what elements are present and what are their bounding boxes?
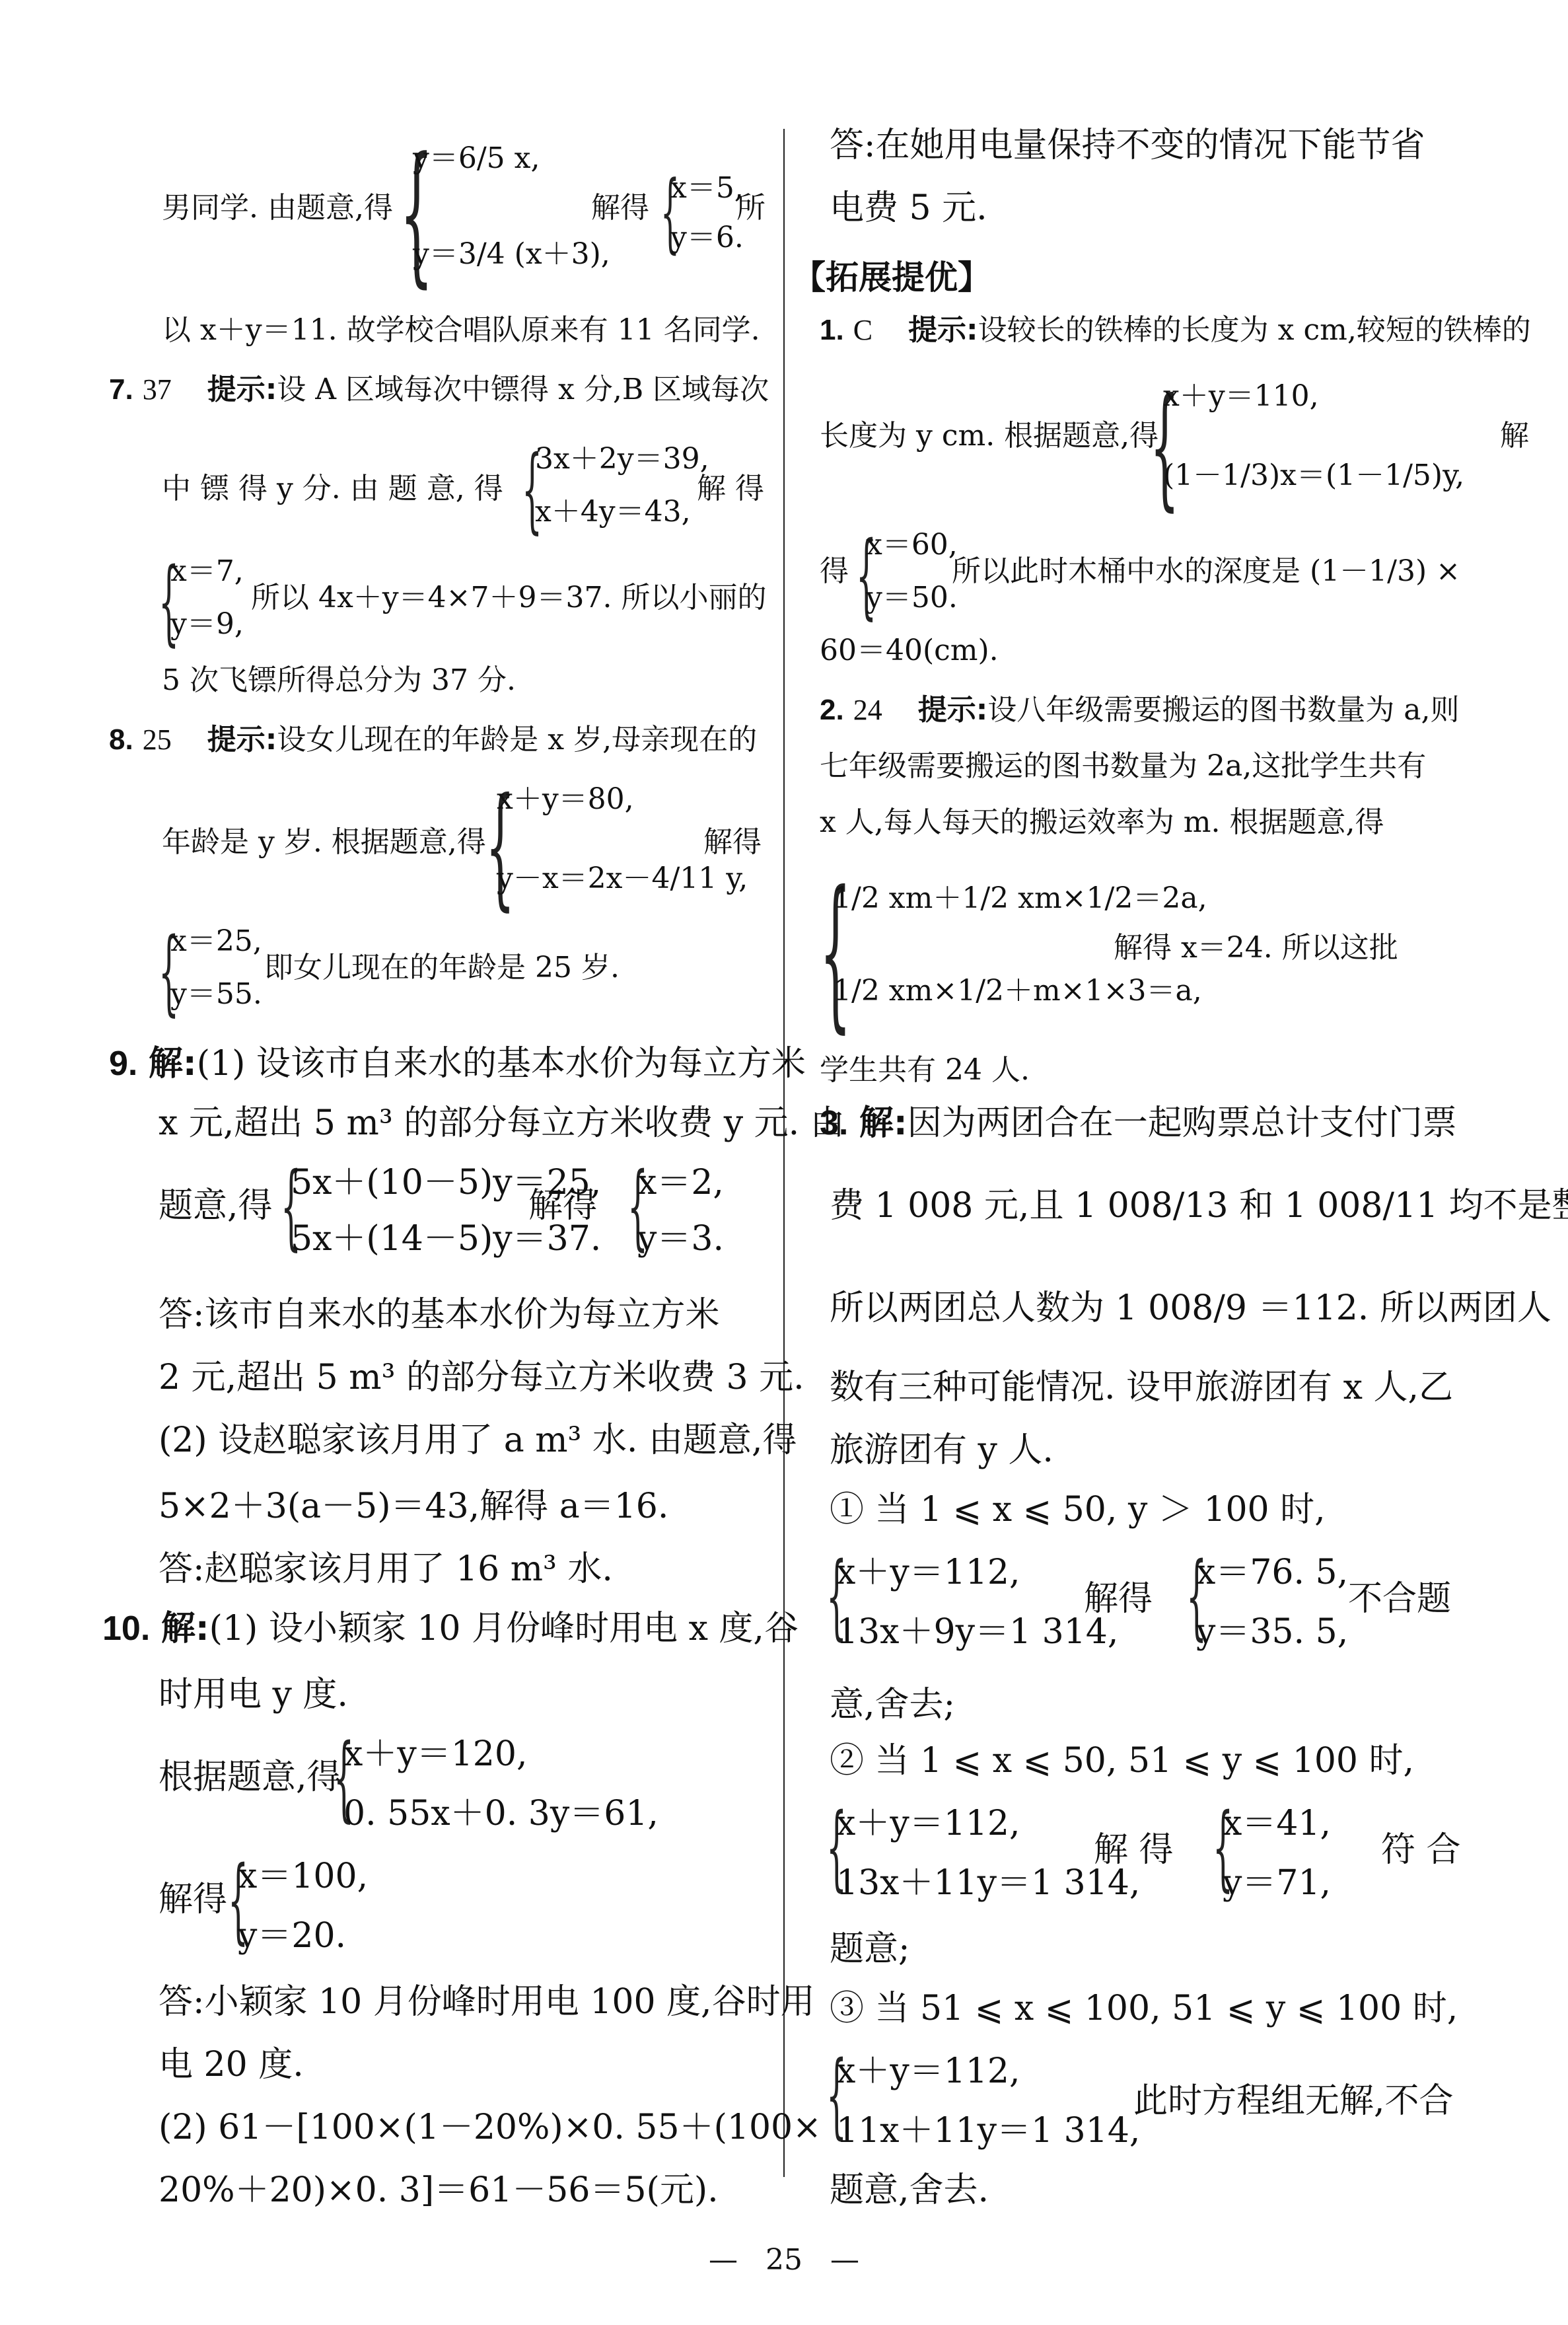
hint-text: 设八年级需要搬运的图书数量为 a,则 [987, 693, 1459, 727]
equation: x＋y＝112, [836, 1549, 1020, 1596]
e1-line3-pre: 得 [820, 552, 849, 591]
question-10: 10. 解:(1) 设小颖家 10 月份峰时用电 x 度,谷 [102, 1605, 799, 1652]
q10-answer2: 电 20 度. [159, 2042, 304, 2088]
q10-line2: 时用电 y 度. [159, 1672, 348, 1718]
e2-line3: x 人,每人每天的搬运效率为 m. 根据题意,得 [820, 803, 1384, 842]
q10-line1: (1) 设小颖家 10 月份峰时用电 x 度,谷 [209, 1609, 799, 1648]
page-number: 25 [766, 2243, 802, 2277]
q9-line3: 题意,得 [159, 1183, 273, 1229]
solution: y＝55. [170, 975, 262, 1014]
solution: x＝41, [1223, 1800, 1331, 1847]
question-8: 8. 25 提示:设女儿现在的年龄是 x 岁,母亲现在的 [109, 720, 757, 760]
q10-answer-cont2: 电费 5 元. [830, 185, 987, 231]
q10-part2-line1: (2) 61－[100×(1－20%)×0. 55＋(100× [159, 2104, 822, 2151]
q7-line4: 5 次飞镖所得总分为 37 分. [162, 661, 516, 700]
hint-label: 提示: [908, 313, 978, 347]
solve-label: 解得 [528, 1183, 597, 1229]
hint-label: 提示: [918, 693, 988, 727]
equation: 11x＋11y＝1 314, [836, 2108, 1140, 2154]
e3-line1: 因为两团合在一起购票总计支付门票 [908, 1103, 1457, 1143]
equation: 0. 55x＋0. 3y＝61, [343, 1790, 659, 1837]
q9-part2-answer: 答:赵聪家该月用了 16 m³ 水. [159, 1546, 613, 1592]
equation: 1/2 xm＋1/2 xm×1/2＝2a, [833, 879, 1207, 918]
solution-label: 解: [859, 1103, 908, 1143]
exercise-1: 1. C 提示:设较长的铁棒的长度为 x cm,较短的铁棒的 [820, 311, 1531, 350]
solution: x＝25, [170, 922, 262, 961]
answer: 24 [853, 694, 882, 726]
dash-right: — [830, 2243, 859, 2277]
solution: y＝3. [637, 1216, 724, 1262]
hint-text: 设较长的铁棒的长度为 x cm,较短的铁棒的 [978, 313, 1531, 347]
solve-label: 解得 [1084, 1576, 1153, 1622]
equation: 3x＋2y＝39, [535, 439, 709, 479]
case2-end: 题意; [830, 1926, 910, 1972]
hint-text: 设 A 区域每次中镖得 x 分,B 区域每次 [277, 373, 769, 406]
e2-line2: 七年级需要搬运的图书数量为 2a,这批学生共有 [820, 747, 1426, 786]
question-number: 8. [109, 723, 133, 756]
solution: x＝5, [670, 168, 744, 208]
question-number: 7. [109, 373, 133, 406]
equation: x＋y＝112, [836, 1800, 1020, 1847]
q9-line2: x 元,超出 5 m³ 的部分每立方米收费 y 元. 由 [159, 1100, 845, 1146]
equation: 13x＋9y＝1 314, [836, 1609, 1118, 1655]
solution: x＝7, [170, 552, 244, 591]
q8-line3: 即女儿现在的年龄是 25 岁. [264, 948, 620, 988]
solution: x＝60, [866, 525, 958, 565]
equation: y－x＝2x－4/11 y, [497, 859, 748, 899]
case2-condition: ② 当 1 ⩽ x ⩽ 50, 51 ⩽ y ⩽ 100 时, [830, 1738, 1414, 1784]
dash-left: — [709, 2243, 738, 2277]
case1-condition: ① 当 1 ⩽ x ⩽ 50, y ＞ 100 时, [830, 1487, 1326, 1533]
solution: y＝6. [670, 218, 744, 258]
hint-label: 提示: [207, 373, 277, 406]
question-7: 7. 37 提示:设 A 区域每次中镖得 x 分,B 区域每次 [109, 370, 769, 410]
solution: x＝100, [238, 1853, 368, 1900]
equation: x＋y＝110, [1163, 377, 1319, 416]
question-number: 1. [820, 314, 844, 346]
q6-line2: 以 x＋y＝11. 故学校合唱队原来有 11 名同学. [162, 311, 760, 350]
e3-line3: 所以两团总人数为 1 008/9 ＝112. 所以两团人 [830, 1285, 1551, 1331]
e2-line4: 学生共有 24 人. [820, 1051, 1030, 1090]
equation: y＝6/5 x, [413, 139, 540, 178]
solution-label: 解: [161, 1609, 209, 1648]
e1-line4: 60＝40(cm). [820, 631, 999, 671]
q10-answer-cont1: 答:在她用电量保持不变的情况下能节省 [830, 122, 1425, 168]
e2-solution: 解得 x＝24. 所以这批 [1114, 928, 1398, 968]
hint-label: 提示: [207, 723, 277, 757]
q9-part2-line2: 5×2＋3(a－5)＝43,解得 a＝16. [159, 1483, 668, 1530]
solution: x＝2, [637, 1160, 724, 1206]
exercise-3: 3. 解:因为两团合在一起购票总计支付门票 [820, 1100, 1457, 1146]
answer: 25 [143, 723, 172, 756]
q10-answer1: 答:小颖家 10 月份峰时用电 100 度,谷时用 [159, 1979, 815, 2025]
e1-line3: 所以此时木桶中水的深度是 (1－1/3) × [952, 552, 1460, 591]
e1-tail: 解 [1500, 416, 1529, 456]
question-number: 9. [109, 1045, 137, 1083]
solution: y＝50. [866, 578, 958, 618]
q7-line2: 中 镖 得 y 分. 由 题 意, 得 [162, 469, 503, 509]
case1-tail: 不合题 [1348, 1576, 1451, 1622]
e3-line4: 数有三种可能情况. 设甲旅游团有 x 人,乙 [830, 1364, 1453, 1411]
case2-tail: 符 合 [1381, 1827, 1461, 1873]
solution: y＝35. 5, [1196, 1609, 1348, 1655]
exercise-2: 2. 24 提示:设八年级需要搬运的图书数量为 a,则 [820, 690, 1460, 730]
e1-line2: 长度为 y cm. 根据题意,得 [820, 416, 1158, 456]
question-number: 10. [102, 1609, 150, 1648]
solution: x＝76. 5, [1196, 1549, 1348, 1596]
q9-part2-line1: (2) 设赵聪家该月用了 a m³ 水. 由题意,得 [159, 1417, 797, 1463]
page-footer: — 25 — [0, 2243, 1568, 2277]
hint-text: 设女儿现在的年龄是 x 岁,母亲现在的 [277, 723, 757, 757]
question-number: 3. [820, 1104, 848, 1142]
q9-answer2: 2 元,超出 5 m³ 的部分每立方米收费 3 元. [159, 1354, 804, 1401]
equation: x＋y＝80, [497, 780, 634, 819]
solution: y＝9, [170, 605, 244, 644]
equation: (1－1/3)x＝(1－1/5)y, [1163, 456, 1464, 496]
q6-text-before: 男同学. 由题意,得 [162, 188, 393, 228]
equation: 1/2 xm×1/2＋m×1×3＝a, [833, 971, 1202, 1011]
question-number: 2. [820, 694, 844, 726]
answer: 37 [143, 373, 172, 406]
solve-label: 解得 [159, 1876, 227, 1923]
e3-line2: 费 1 008 元,且 1 008/13 和 1 008/11 均不是整数, [830, 1183, 1568, 1229]
solution: y＝20. [238, 1913, 346, 1959]
equation: y＝3/4 (x＋3), [413, 235, 610, 274]
equation: x＋y＝120, [343, 1731, 528, 1777]
q10-line3: 根据题意,得 [159, 1754, 341, 1800]
solution: y＝71, [1223, 1860, 1331, 1906]
case3-end: 题意,舍去. [830, 2167, 989, 2213]
case3-tail: 此时方程组无解,不合 [1133, 2078, 1454, 2124]
equation: x＋4y＝43, [535, 492, 691, 532]
question-9: 9. 解:(1) 设该市自来水的基本水价为每立方米 [109, 1041, 806, 1087]
q9-answer1: 答:该市自来水的基本水价为每立方米 [159, 1292, 720, 1338]
q6-tail: 所 [736, 188, 766, 228]
solution-label: 解: [149, 1044, 197, 1084]
q10-part2-line2: 20%＋20)×0. 3]＝61－56＝5(元). [159, 2167, 719, 2213]
q8-line2: 年龄是 y 岁. 根据题意,得 [162, 823, 486, 862]
equation: x＋y＝112, [836, 2048, 1020, 2094]
column-divider [783, 129, 785, 2177]
e3-line5: 旅游团有 y 人. [830, 1427, 1053, 1473]
answer: C [853, 314, 873, 346]
q7-line3: 所以 4x＋y＝4×7＋9＝37. 所以小丽的 [251, 578, 766, 618]
q9-line1: (1) 设该市自来水的基本水价为每立方米 [197, 1044, 806, 1084]
case3-condition: ③ 当 51 ⩽ x ⩽ 100, 51 ⩽ y ⩽ 100 时, [830, 1985, 1458, 2032]
solve-label: 解得 [703, 823, 762, 862]
solve-label: 解得 [591, 188, 649, 228]
solve-label: 解 得 [697, 469, 764, 509]
section-title: 【拓展提优】 [793, 251, 991, 299]
solve-label: 解 得 [1094, 1827, 1174, 1873]
case1-end: 意,舍去; [830, 1681, 955, 1728]
